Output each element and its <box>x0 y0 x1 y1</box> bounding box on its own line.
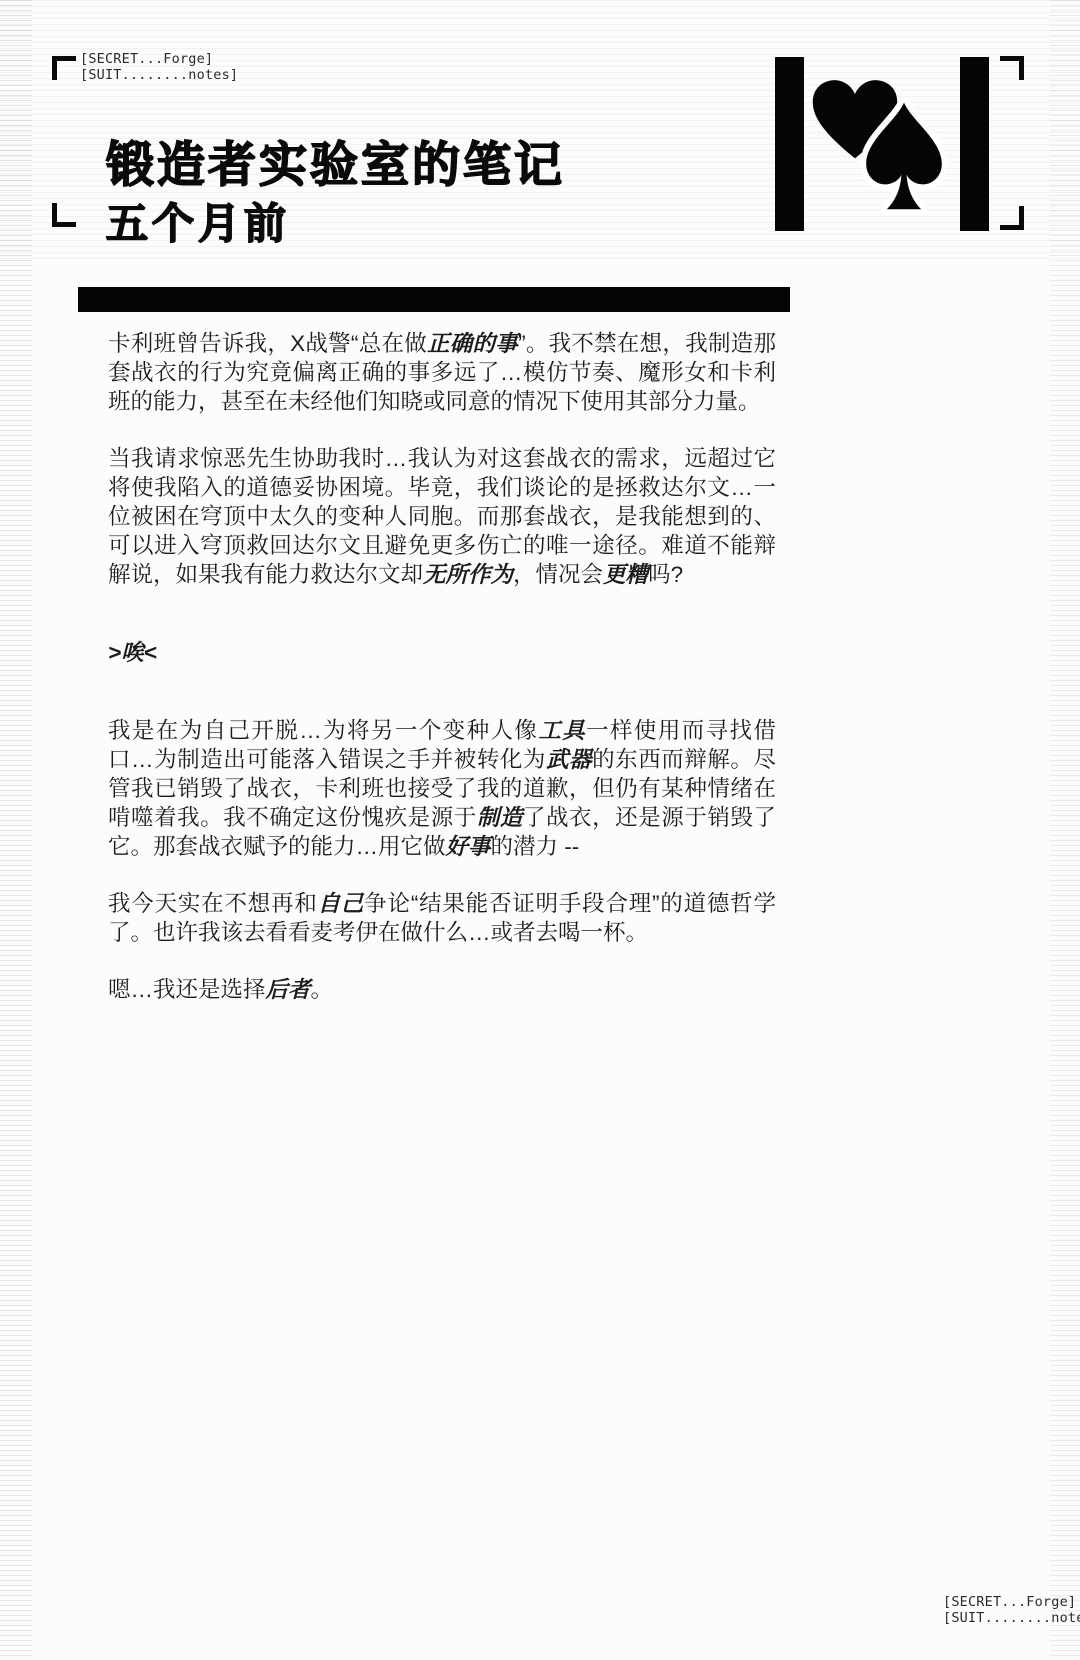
note-body: 卡利班曾告诉我，X战警“总在做正确的事”。我不禁在想，我制造那套战衣的行为究竟偏… <box>108 329 776 1032</box>
corner-bracket-bottom-right <box>1000 206 1024 230</box>
classification-tag-bottom: [SECRET...Forge] [SUIT........notes] <box>943 1594 1080 1626</box>
corner-bracket-bottom-left <box>52 203 76 227</box>
heart-spade-emblem <box>775 57 989 231</box>
paragraph-1: 卡利班曾告诉我，X战警“总在做正确的事”。我不禁在想，我制造那套战衣的行为究竟偏… <box>108 329 776 416</box>
emblem-bar-left <box>775 57 804 231</box>
divider-bar <box>78 287 790 312</box>
sigh-line: >唉< <box>108 638 776 667</box>
paragraph-5: 嗯…我还是选择后者。 <box>108 975 776 1004</box>
document-page: { "page": { "background": "#fcfcfb", "in… <box>0 0 1080 1660</box>
corner-bracket-top-left <box>52 56 76 80</box>
classification-line-2: [SUIT........notes] <box>80 67 238 83</box>
paragraph-4: 我今天实在不想再和自己争论“结果能否证明手段合理”的道德哲学了。也许我该去看看麦… <box>108 889 776 947</box>
corner-bracket-top-right <box>1000 56 1024 80</box>
page-title: 锻造者实验室的笔记 <box>106 140 565 193</box>
emblem-bar-right <box>960 57 989 231</box>
classification-line-1: [SECRET...Forge] <box>943 1594 1076 1610</box>
paragraph-2: 当我请求惊恶先生协助我时…我认为对这套战衣的需求，远超过它将使我陷入的道德妥协困… <box>108 444 776 589</box>
spade-icon <box>859 101 949 217</box>
classification-line-1: [SECRET...Forge] <box>80 51 213 67</box>
scanline-texture-left <box>0 0 32 1660</box>
classification-tag-top: [SECRET...Forge] [SUIT........notes] <box>80 51 238 83</box>
page-subtitle: 五个月前 <box>106 201 290 247</box>
classification-line-2: [SUIT........notes] <box>943 1610 1080 1626</box>
scanline-texture-right <box>1050 0 1080 1660</box>
paragraph-3: 我是在为自己开脱…为将另一个变种人像工具一样使用而寻找借口…为制造出可能落入错误… <box>108 716 776 861</box>
